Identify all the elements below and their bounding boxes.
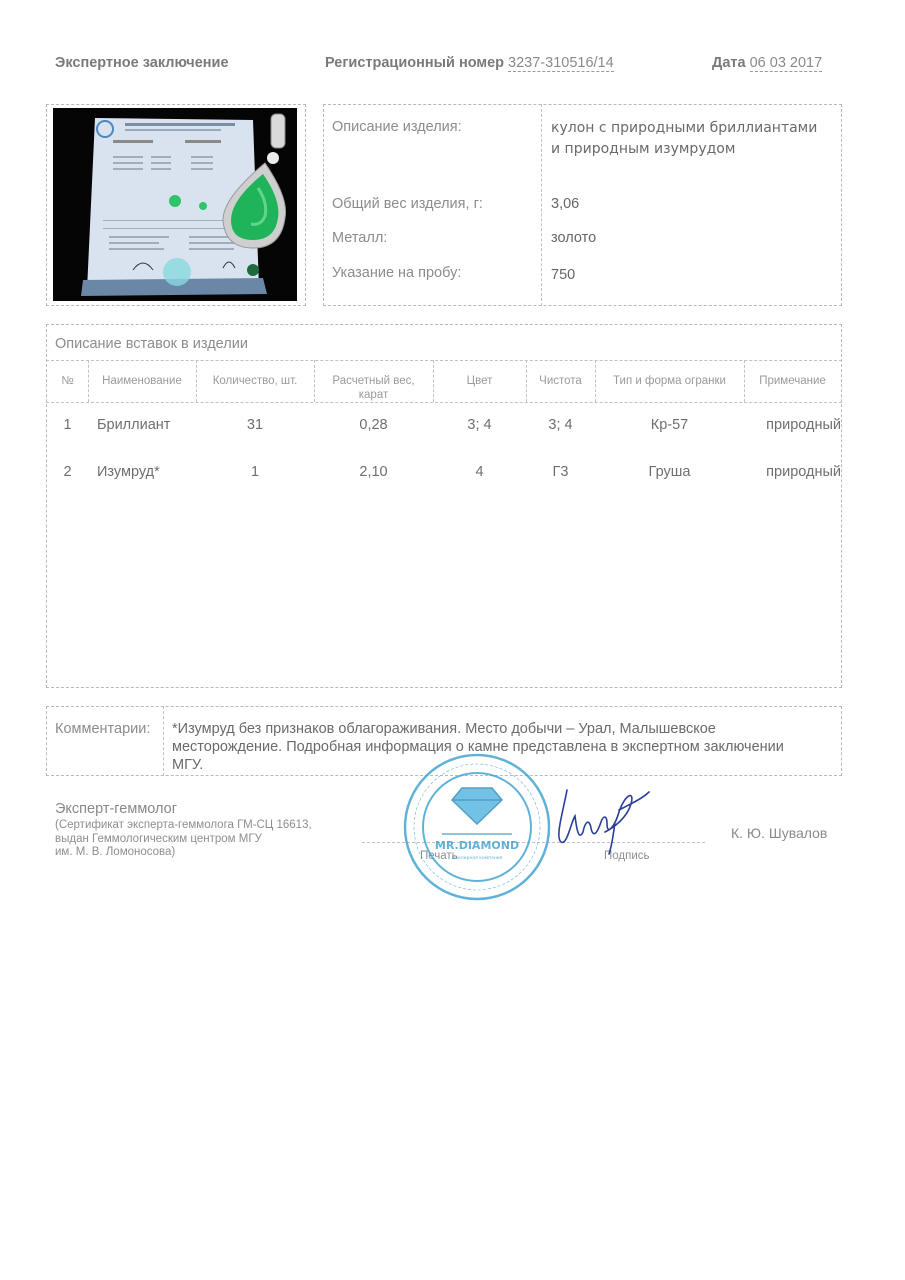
header-bottom-line: [46, 402, 842, 403]
hallmark-value: 750: [551, 267, 575, 283]
cell-name: Бриллиант: [97, 417, 170, 433]
expert-cert-line-2: выдан Геммологическим центром МГУ: [55, 833, 312, 847]
col-header-weight-line2: карат: [314, 388, 433, 402]
comments-line-1: *Изумруд без признаков облагораживания. …: [172, 720, 784, 738]
metal-label: Металл:: [332, 230, 387, 246]
cell-weight: 0,28: [314, 417, 433, 433]
registration-label: Регистрационный номер: [325, 55, 504, 71]
cell-clarity: 3; 4: [526, 417, 595, 433]
expert-cert-line-1: (Сертификат эксперта-геммолога ГМ-СЦ 166…: [55, 819, 312, 833]
cell-qty: 31: [196, 417, 314, 433]
date-label: Дата: [712, 55, 746, 71]
col-header-no: №: [47, 374, 88, 388]
col-header-cut: Тип и форма огранки: [595, 374, 744, 388]
col-header-weight: Расчетный вес, карат: [314, 374, 433, 402]
description-value: кулон с природными бриллиантами и природ…: [551, 118, 817, 160]
stamp-seal-icon: MR.DIAMOND ювелирная компания: [402, 752, 552, 902]
inserts-title: Описание вставок в изделии: [55, 336, 248, 352]
document-title: Экспертное заключение: [55, 55, 229, 71]
col-header-note: Примечание: [744, 374, 841, 388]
expert-title: Эксперт-геммолог: [55, 801, 177, 817]
svg-text:ювелирная компания: ювелирная компания: [452, 856, 503, 861]
date-value: 06 03 2017: [750, 55, 823, 72]
weight-value: 3,06: [551, 196, 579, 212]
cell-no: 1: [47, 417, 88, 433]
cell-weight: 2,10: [314, 464, 433, 480]
comments-label: Комментарии:: [55, 721, 150, 737]
product-photo: [53, 108, 297, 301]
weight-label: Общий вес изделия, г:: [332, 196, 483, 212]
cell-cut: Кр-57: [595, 417, 744, 433]
cell-note: природный: [744, 417, 841, 433]
registration-number: Регистрационный номер 3237-310516/14: [325, 55, 614, 71]
col-header-qty: Количество, шт.: [196, 374, 314, 388]
pendant-certificate-image: [53, 108, 297, 301]
col-header-clarity: Чистота: [526, 374, 595, 388]
comments-divider: [163, 706, 164, 776]
product-info-divider: [541, 104, 542, 306]
expert-cert-line-3: им. М. В. Ломоносова): [55, 846, 312, 860]
description-line-2: и природным изумрудом: [551, 139, 817, 160]
cell-clarity: Г3: [526, 464, 595, 480]
cell-color: 4: [433, 464, 526, 480]
expert-certificate: (Сертификат эксперта-геммолога ГМ-СЦ 166…: [55, 819, 312, 860]
signature: [545, 782, 655, 857]
expert-name: К. Ю. Шувалов: [731, 825, 827, 841]
col-header-weight-line1: Расчетный вес,: [314, 374, 433, 388]
company-stamp: MR.DIAMOND ювелирная компания: [402, 752, 552, 902]
cell-color: 3; 4: [433, 417, 526, 433]
cell-note: природный: [744, 464, 841, 480]
cell-no: 2: [47, 464, 88, 480]
svg-text:MR.DIAMOND: MR.DIAMOND: [435, 839, 519, 852]
col-header-color: Цвет: [433, 374, 526, 388]
hallmark-label: Указание на пробу:: [332, 265, 461, 281]
description-label: Описание изделия:: [332, 119, 462, 135]
registration-value: 3237-310516/14: [508, 55, 614, 72]
cell-name: Изумруд*: [97, 464, 160, 480]
date: Дата 06 03 2017: [712, 55, 822, 71]
cell-cut: Груша: [595, 464, 744, 480]
description-line-1: кулон с природными бриллиантами: [551, 118, 817, 139]
cell-qty: 1: [196, 464, 314, 480]
signature-scribble-icon: [545, 782, 655, 857]
metal-value: золото: [551, 230, 596, 246]
col-header-name: Наименование: [88, 374, 196, 388]
header-top-line: [46, 360, 842, 361]
